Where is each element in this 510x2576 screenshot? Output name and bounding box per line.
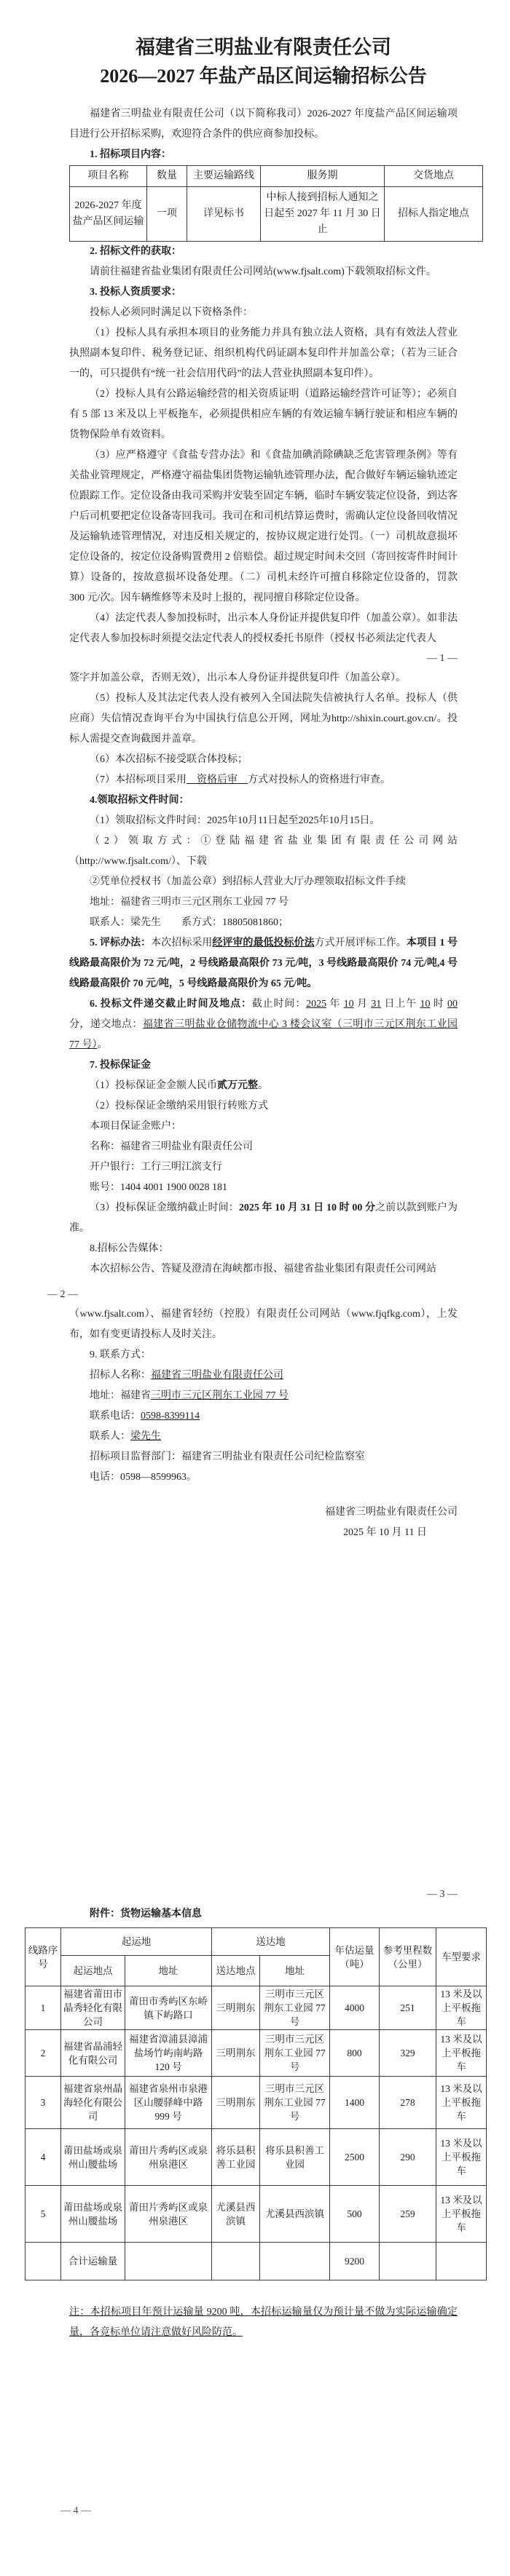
th-mileage: 参考里程数（公里） xyxy=(380,1928,436,1986)
cell-empty xyxy=(436,2243,487,2280)
cell-vehicle: 13 米及以上平板拖车 xyxy=(436,2129,487,2186)
text-segment: 联系电话： xyxy=(90,1411,141,1422)
text-segment: 00 xyxy=(447,999,458,1010)
total-row: 合计运输量 9200 xyxy=(25,2243,487,2280)
cell-tons: 800 xyxy=(330,2030,380,2077)
cell-total-label: 合计运输量 xyxy=(61,2243,125,2280)
th-origin-addr: 地址 xyxy=(125,1956,212,1986)
text-segment: 。 xyxy=(258,1080,268,1091)
text-segment: 月 xyxy=(354,999,372,1010)
page-number-1: — 1 — xyxy=(69,649,458,668)
cell-dest-point: 三明荆东 xyxy=(212,1986,260,2030)
th-dest-addr: 地址 xyxy=(260,1956,330,1986)
text-segment: 2025 年 10 月 31 日 10 时 00 分 xyxy=(239,1202,375,1213)
cell-line-no: 1 xyxy=(25,1986,61,2030)
document-page: 福建省三明盐业有限责任公司 2026—2027 年盐产品区间运输招标公告 福建省… xyxy=(0,0,510,2521)
cell-origin-addr: 莆田市秀屿区东峤镇下屿路口 xyxy=(125,1986,212,2030)
cell-empty xyxy=(25,2243,61,2280)
cell-empty xyxy=(380,2243,436,2280)
text-segment: 日上午 xyxy=(381,999,420,1010)
cell-origin-addr: 福建省泉州市泉港区山腰驿峰中路 999 号 xyxy=(125,2077,212,2129)
text-segment: （1）投标保证金金额人民币 xyxy=(90,1080,217,1091)
section4-heading: 4.领取招标文件时间： xyxy=(69,790,458,811)
route-row-4: 4 莆田盐场或泉州山腰盐场 莆田片秀屿区或泉州泉港区 将乐县积善工业园 将乐县积… xyxy=(25,2129,487,2186)
text-segment: 31 xyxy=(371,999,381,1010)
intro-paragraph: 福建省三明盐业有限责任公司（以下简称我司）2026-2027 年度盐产品区间运输… xyxy=(69,104,458,145)
section4-item2: （2）领取方式：①登陆福建省盐业集团有限责任公司网站（http://www.fj… xyxy=(69,831,458,872)
section3-intro: 投标人必须同时满足以下资格条件： xyxy=(69,303,458,323)
text-segment: 年 xyxy=(326,999,344,1010)
document-title-line2: 2026—2027 年盐产品区间运输招标公告 xyxy=(69,62,458,91)
th-dest-group: 送达地 xyxy=(212,1928,330,1956)
text-segment: 贰万元整 xyxy=(217,1080,258,1091)
cell-dest-point: 三明荆东 xyxy=(212,2030,260,2077)
section3-item4-part2: 签字并加盖公章，否则无效），出示本人身份证并提供复印件（加盖公章）。 xyxy=(69,668,458,689)
cell-empty xyxy=(212,2243,260,2280)
text-segment: 10 xyxy=(344,999,354,1010)
text-segment: （3）投标保证金缴纳截止时间： xyxy=(90,1202,239,1213)
cell-km: 251 xyxy=(380,1986,436,2030)
section9-bidder-name: 招标人名称：福建省三明盐业有限责任公司 xyxy=(69,1366,458,1386)
th-delivery-place: 交货地点 xyxy=(385,166,483,187)
cell-line-no: 5 xyxy=(25,2186,61,2243)
section6-paragraph: 6. 投标文件递交截止时间及地点：截止时间：2025 年 10 月 31 日上午… xyxy=(69,994,458,1055)
section3-item2: （2）投标人具有公路运输经营的相关资质证明（道路运输经营许可证等）；必须自有 5… xyxy=(69,384,458,445)
document-title-line1: 福建省三明盐业有限责任公司 xyxy=(69,33,458,62)
th-service-period: 服务期 xyxy=(261,166,385,187)
section9-supervision: 招标项目监督部门：福建省三明盐业有限责任公司纪检监察室 xyxy=(69,1447,458,1467)
text-segment: 方式开展评标工作。 xyxy=(315,938,407,948)
section9-contact: 联系人：梁先生 xyxy=(69,1427,458,1447)
text-segment: 。 xyxy=(98,1039,108,1050)
section9-supervision-phone: 电话：0598—8599963。 xyxy=(69,1467,458,1488)
section8-heading: 8.招标公告媒体： xyxy=(69,1239,458,1259)
annex-table: 线路序号 起运地 送达地 年估运量（吨） 参考里程数（公里） 车型要求 起运地点… xyxy=(25,1927,487,2280)
cell-empty xyxy=(125,2243,212,2280)
cell-origin-point: 莆田盐场或泉州山腰盐场 xyxy=(61,2129,125,2186)
th-vehicle-type: 车型要求 xyxy=(436,1928,487,1986)
project-table-header-row: 项目名称 数量 主要运输路线 服务期 交货地点 xyxy=(70,166,483,187)
text-segment: 资格后审 xyxy=(187,774,248,785)
section3-item7: （7）本招标项目采用 资格后审 方式对投标人的资格进行审查。 xyxy=(69,770,458,790)
text-segment: 2025 xyxy=(306,999,326,1010)
annex-header-row-1: 线路序号 起运地 送达地 年估运量（吨） 参考里程数（公里） 车型要求 xyxy=(25,1928,487,1956)
cell-line-no: 4 xyxy=(25,2129,61,2186)
cell-vehicle: 13 米及以上平板拖车 xyxy=(436,1986,487,2030)
th-annual-tons: 年估运量（吨） xyxy=(330,1928,380,1986)
section3-item6: （6）本次招标不接受联合体投标； xyxy=(69,750,458,770)
th-route: 主要运输路线 xyxy=(187,166,261,187)
signature-company: 福建省三明盐业有限责任公司 xyxy=(69,1502,458,1523)
text-segment: 时 xyxy=(430,999,447,1010)
cell-km: 290 xyxy=(380,2129,436,2186)
text-segment: 截止时间： xyxy=(252,999,306,1010)
cell-km: 329 xyxy=(380,2030,436,2077)
page-number-3: — 3 — xyxy=(69,1885,458,1904)
text-segment: 联系人： xyxy=(90,1431,130,1442)
route-row-3: 3 福建省泉州晶海轻化有限公司 福建省泉州市泉港区山腰驿峰中路 999 号 三明… xyxy=(25,2077,487,2129)
section4-item1: （1）领取招标文件时间：2025年10月11日起至2025年10月15日。 xyxy=(69,811,458,831)
cell-quantity: 一项 xyxy=(147,187,187,242)
page-number-4: — 4 — xyxy=(60,2502,458,2521)
cell-origin-addr: 福建省漳浦县漳浦盐场竹屿南屿路 120 号 xyxy=(125,2030,212,2077)
section7-account-no: 账号：1404 4001 1900 0028 181 xyxy=(69,1178,458,1198)
cell-tons: 2500 xyxy=(330,2129,380,2186)
annex-note: 注：本招标项目年预计运输量 9200 吨，本招标运输量仅为预计量不做为实际运输确… xyxy=(69,2302,458,2343)
cell-dest-addr: 将乐县积善工业园 xyxy=(260,2129,330,2186)
section9-phone: 联系电话：0598-8399114 xyxy=(69,1406,458,1427)
section7-item1: （1）投标保证金金额人民币贰万元整。 xyxy=(69,1076,458,1096)
cell-tons: 500 xyxy=(330,2186,380,2243)
project-table-row: 2026-2027 年度盐产品区间运输 一项 详见标书 中标人接到招标人通知之日… xyxy=(70,187,483,242)
section2-heading: 2. 招标文件的获取： xyxy=(69,242,458,262)
section2-body: 请前往福建省盐业集团有限责任公司网站(www.fjsalt.com)下载领取招标… xyxy=(69,262,458,282)
th-dest-point: 送达地点 xyxy=(212,1956,260,1986)
cell-origin-point: 福建省泉州晶海轻化有限公司 xyxy=(61,2077,125,2129)
cell-dest-point: 将乐县积善工业园 xyxy=(212,2129,260,2186)
text-segment: 福建省三明盐业有限责任公司 xyxy=(151,1370,283,1381)
cell-dest-addr: 三明市三元区荆东工业园 77 号 xyxy=(260,1986,330,2030)
page-number-2: — 2 — xyxy=(47,1285,458,1304)
text-segment: 0598-8399114 xyxy=(141,1411,200,1422)
route-row-2: 2 福建省晶浦轻化有限公司 福建省漳浦县漳浦盐场竹屿南屿路 120 号 三明荆东… xyxy=(25,2030,487,2077)
text-segment: 方式对投标人的资格进行审查。 xyxy=(248,774,391,785)
section7-item3: （3）投标保证金缴纳截止时间：2025 年 10 月 31 日 10 时 00 … xyxy=(69,1198,458,1239)
text-segment: 5. 评标办法： xyxy=(90,938,151,948)
cell-vehicle: 13 米及以上平板拖车 xyxy=(436,2077,487,2129)
cell-origin-addr: 莆田片秀屿区或泉州泉港区 xyxy=(125,2129,212,2186)
cell-delivery-place: 招标人指定地点 xyxy=(385,187,483,242)
section8-body-part2: （www.fjsalt.com）、福建省轻纺（控股）有限责任公司网站（www.f… xyxy=(69,1304,458,1345)
text-segment: 经评审的最低投标价法 xyxy=(212,938,314,948)
text-segment: 招标人名称： xyxy=(90,1370,151,1381)
th-line-no: 线路序号 xyxy=(25,1928,61,1986)
th-origin-point: 起运地点 xyxy=(61,1956,125,1986)
th-origin-group: 起运地 xyxy=(61,1928,212,1956)
cell-dest-addr: 三明市三元区荆东工业园 77 号 xyxy=(260,2077,330,2129)
text-segment: 地址：福建省 xyxy=(90,1390,151,1401)
section7-item2: （2）投标保证金缴纳采用银行转账方式 xyxy=(69,1096,458,1117)
cell-total-tons: 9200 xyxy=(330,2243,380,2280)
cell-line-no: 3 xyxy=(25,2077,61,2129)
text-segment: 6. 投标文件递交截止时间及地点： xyxy=(90,999,252,1010)
section3-item4-part1: （4）法定代表人参加投标时，出示本人身份证并提供复印件（加盖公章）。如非法定代表… xyxy=(69,609,458,649)
cell-origin-addr: 莆田片秀屿区或泉州泉港区 xyxy=(125,2186,212,2243)
cell-dest-addr: 尤溪县西滨镇 xyxy=(260,2186,330,2243)
signature-date: 2025 年 10 月 11 日 xyxy=(69,1523,458,1543)
annex-heading: 附件：货物运输基本信息 xyxy=(69,1904,458,1925)
cell-km: 259 xyxy=(380,2186,436,2243)
section7-account-intro: 本项目保证金账户： xyxy=(69,1117,458,1137)
text-segment: 本次招标采用 xyxy=(151,938,212,948)
project-table: 项目名称 数量 主要运输路线 服务期 交货地点 2026-2027 年度盐产品区… xyxy=(69,165,483,242)
section8-body-part1: 本次招标公告、答疑及澄清在海峡都市报、福建省盐业集团有限责任公司网站 xyxy=(69,1259,458,1280)
section7-heading: 7. 投标保证金 xyxy=(69,1055,458,1076)
section3-item3: （3）应严格遵守《食盐专营办法》和《食盐加碘消除碘缺乏危害管理条例》等有关盐业管… xyxy=(69,445,458,609)
cell-empty xyxy=(260,2243,330,2280)
text-segment: 梁先生 xyxy=(130,1431,161,1442)
section9-address: 地址：福建省三明市三元区荆东工业园 77 号 xyxy=(69,1386,458,1406)
cell-project-name: 2026-2027 年度盐产品区间运输 xyxy=(70,187,147,242)
cell-service-period: 中标人接到招标人通知之日起至 2027 年 11 月 30 日止 xyxy=(261,187,385,242)
cell-dest-addr: 三明市三元区荆东工业园 77 号 xyxy=(260,2030,330,2077)
text-segment: 10 xyxy=(420,999,430,1010)
cell-vehicle: 13 米及以上平板拖车 xyxy=(436,2030,487,2077)
route-row-1: 1 福建省莆田市晶秀轻化有限公司 莆田市秀屿区东峤镇下屿路口 三明荆东 三明市三… xyxy=(25,1986,487,2030)
cell-line-no: 2 xyxy=(25,2030,61,2077)
cell-dest-point: 三明荆东 xyxy=(212,2077,260,2129)
section9-heading: 9. 联系方式： xyxy=(69,1345,458,1366)
cell-route: 详见标书 xyxy=(187,187,261,242)
cell-tons: 4000 xyxy=(330,1986,380,2030)
text-segment: 三明市三元区荆东工业园 77 号 xyxy=(151,1390,289,1401)
section7-bank: 开户银行：工行三明江滨支行 xyxy=(69,1157,458,1178)
cell-km: 278 xyxy=(380,2077,436,2129)
cell-origin-point: 莆田盐场或泉州山腰盐场 xyxy=(61,2186,125,2243)
section3-item1: （1）投标人具有承担本项目的业务能力并具有独立法人资格，具有有效法人营业执照副本… xyxy=(69,323,458,384)
cell-origin-point: 福建省晶浦轻化有限公司 xyxy=(61,2030,125,2077)
route-row-5: 5 莆田盐场或泉州山腰盐场 莆田片秀屿区或泉州泉港区 尤溪县西滨镇 尤溪县西滨镇… xyxy=(25,2186,487,2243)
section4-contact: 联系人：梁先生 系方式：18805081860； xyxy=(69,913,458,933)
cell-vehicle: 13 米及以上平板拖车 xyxy=(436,2186,487,2243)
text-segment: 分，递交地点： xyxy=(69,1019,143,1030)
section4-address: 地址：福建省三明市三元区荆东工业园 77 号 xyxy=(69,892,458,913)
section3-heading: 3. 投标人资质要求： xyxy=(69,282,458,303)
section7-account-name: 名称：福建省三明盐业有限责任公司 xyxy=(69,1137,458,1157)
cell-dest-point: 尤溪县西滨镇 xyxy=(212,2186,260,2243)
th-quantity: 数量 xyxy=(147,166,187,187)
cell-tons: 1400 xyxy=(330,2077,380,2129)
section4-item3: ②凭单位授权书（加盖公章）到招标人营业大厅办理领取招标文件手续 xyxy=(69,872,458,892)
text-segment: （7）本招标项目采用 xyxy=(90,774,187,785)
th-project-name: 项目名称 xyxy=(70,166,147,187)
section5-paragraph: 5. 评标办法：本次招标采用经评审的最低投标价法方式开展评标工作。本项目 1 号… xyxy=(69,933,458,994)
section3-item5: （5）投标人及其法定代表人没有被列入全国法院失信被执行人名单。投标人（供应商）失… xyxy=(69,689,458,750)
section1-heading: 1. 招标项目内容： xyxy=(69,145,458,165)
cell-origin-point: 福建省莆田市晶秀轻化有限公司 xyxy=(61,1986,125,2030)
